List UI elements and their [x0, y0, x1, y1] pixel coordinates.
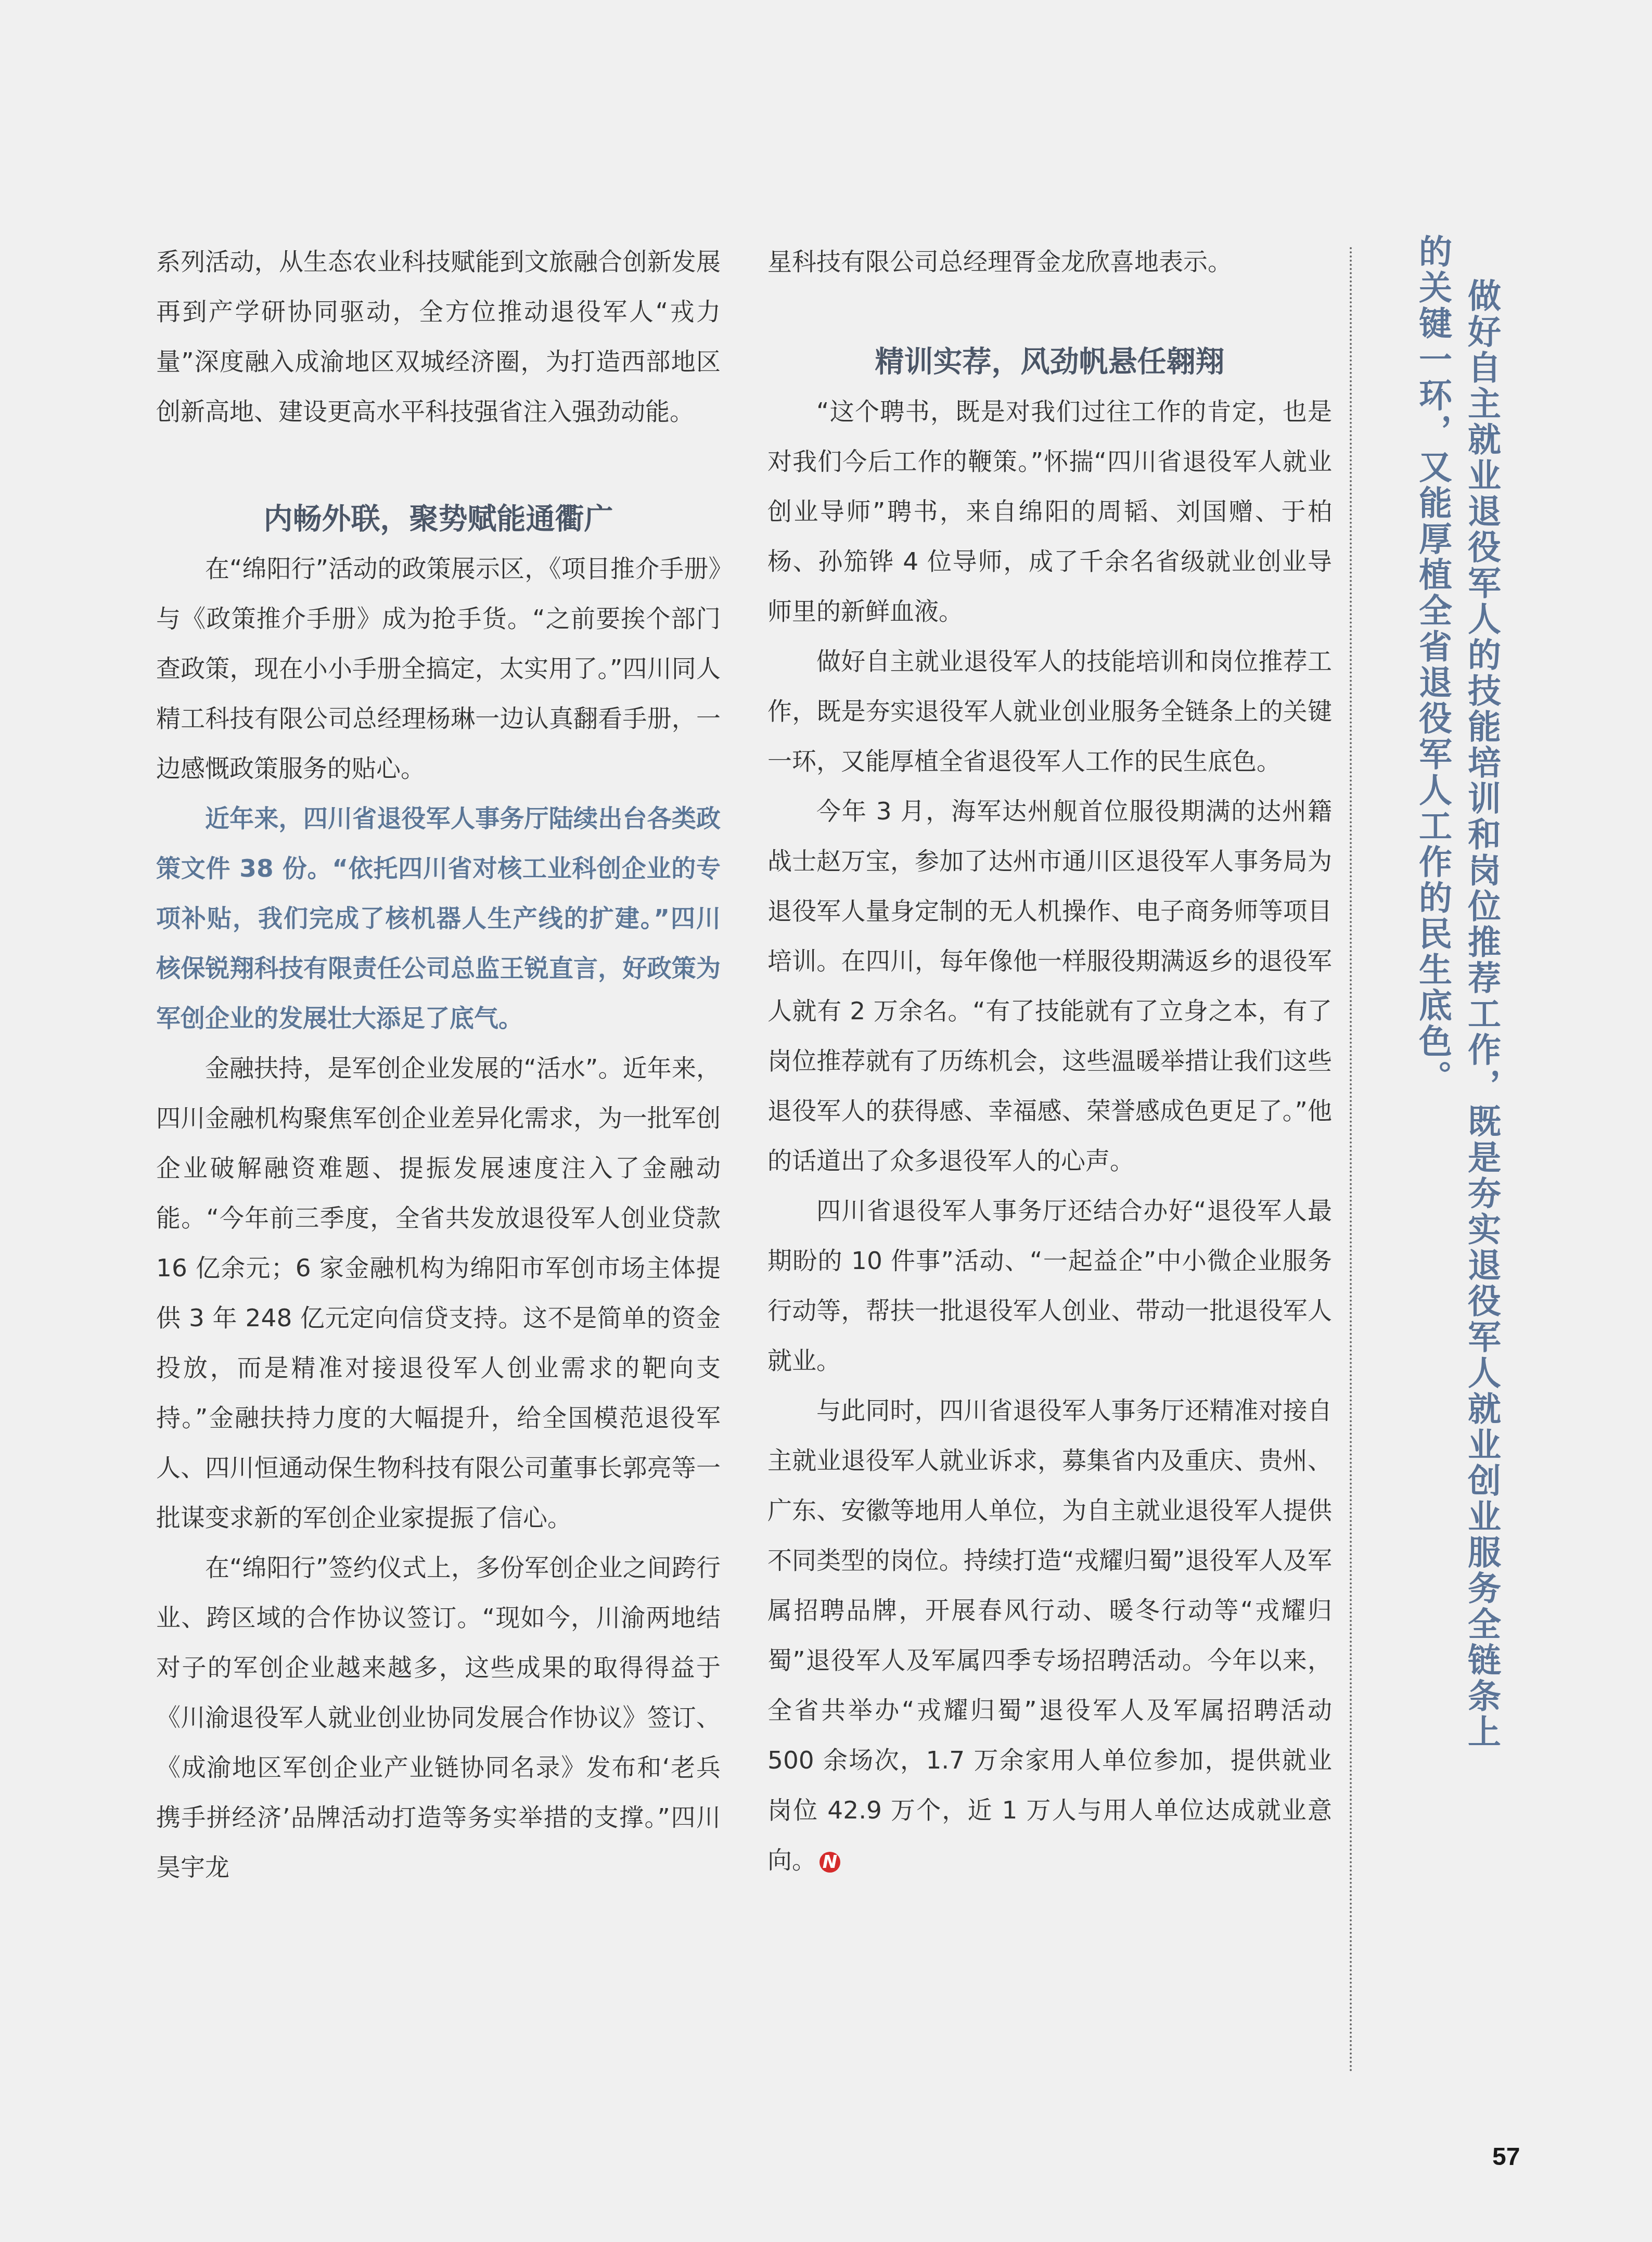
- paragraph: 在“绵阳行”活动的政策展示区，《项目推介手册》与《政策推介手册》成为抢手货。“之…: [156, 544, 721, 794]
- paragraph-final-text: 与此同时，四川省退役军人事务厅还精准对接自主就业退役军人就业诉求，募集省内及重庆…: [767, 1397, 1332, 1875]
- highlighted-paragraph: 近年来，四川省退役军人事务厅陆续出台各类政策文件 38 份。“依托四川省对核工业…: [156, 794, 721, 1044]
- pullquote-line-2: 的关键一环，又能厚植全省退役军人工作的民生底色。: [1414, 234, 1451, 1096]
- dotted-divider: [1350, 247, 1352, 2073]
- paragraph-final: 与此同时，四川省退役军人事务厅还精准对接自主就业退役军人就业诉求，募集省内及重庆…: [767, 1386, 1332, 1886]
- spacer: [767, 287, 1332, 337]
- section-heading-2: 精训实荐，风劲帆悬任翱翔: [767, 337, 1332, 387]
- paragraph-continued: 星科技有限公司总经理胥金龙欣喜地表示。: [767, 237, 1332, 287]
- article-column-left: 系列活动，从生态农业科技赋能到文旅融合创新发展再到产学研协同驱动，全方位推动退役…: [156, 237, 721, 1893]
- paragraph: 做好自主就业退役军人的技能培训和岗位推荐工作，既是夯实退役军人就业创业服务全链条…: [767, 637, 1332, 787]
- paragraph: 金融扶持，是军创企业发展的“活水”。近年来，四川金融机构聚焦军创企业差异化需求，…: [156, 1044, 721, 1543]
- paragraph: 四川省退役军人事务厅还结合办好“退役军人最期盼的 10 件事”活动、“一起益企”…: [767, 1186, 1332, 1386]
- paragraph-continued: 系列活动，从生态农业科技赋能到文旅融合创新发展再到产学研协同驱动，全方位推动退役…: [156, 237, 721, 437]
- end-of-article-icon: N: [819, 1852, 840, 1873]
- page-number: 57: [1492, 2143, 1520, 2171]
- pullquote-line-1: 做好自主就业退役军人的技能培训和岗位推荐工作，既是夯实退役军人就业创业服务全链条…: [1463, 278, 1500, 1750]
- article-column-middle: 星科技有限公司总经理胥金龙欣喜地表示。 精训实荐，风劲帆悬任翱翔 “这个聘书，既…: [767, 237, 1332, 1886]
- paragraph: “这个聘书，既是对我们过往工作的肯定，也是对我们今后工作的鞭策。”怀揣“四川省退…: [767, 387, 1332, 637]
- section-heading-1: 内畅外联，聚势赋能通衢广: [156, 494, 721, 544]
- spacer: [156, 437, 721, 494]
- paragraph: 今年 3 月，海军达州舰首位服役期满的达州籍战士赵万宝，参加了达州市通川区退役军…: [767, 787, 1332, 1186]
- paragraph: 在“绵阳行”签约仪式上，多份军创企业之间跨行业、跨区域的合作协议签订。“现如今，…: [156, 1543, 721, 1893]
